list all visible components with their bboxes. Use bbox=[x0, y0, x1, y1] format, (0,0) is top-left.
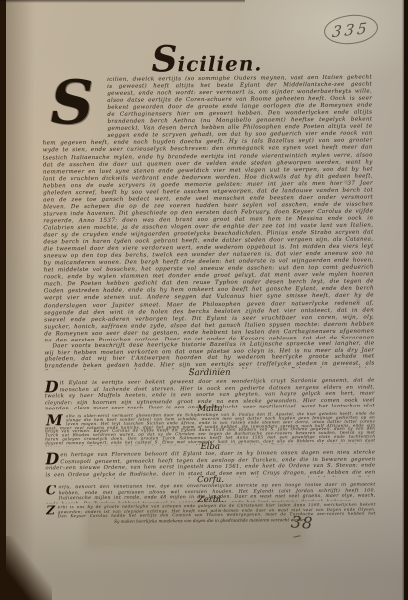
signature-number: 38 bbox=[290, 512, 314, 533]
book-page-photo: Sicilien. Sicilien, dwelck eertijts (so … bbox=[0, 0, 408, 600]
sicilien-paragraph: Sicilien, dwelck eertijts (so sommighe O… bbox=[42, 75, 374, 342]
dropcap-m-malta: M bbox=[45, 414, 64, 425]
title-rest: icilien. bbox=[177, 51, 262, 76]
dropcap-d-elba: D bbox=[45, 452, 58, 465]
folio-annotation-number: 335 bbox=[331, 18, 370, 40]
sicilien-closing-paragraph: Daer voorts beschrijft dese heerlycke hi… bbox=[44, 341, 374, 371]
printed-text-block: Sicilien. Sicilien, dwelck eertijts (so … bbox=[0, 0, 408, 600]
page-title: Sicilien. bbox=[42, 43, 372, 80]
zerbi-closing-line: Sy maken heerlijcke mandekens van dayen … bbox=[46, 517, 376, 527]
dropcap-z-zerbi: Z bbox=[46, 505, 56, 515]
dropcap-d-sardinien: D bbox=[45, 380, 58, 393]
title-initial-letter: S bbox=[151, 43, 177, 80]
dropcap-s: S bbox=[42, 77, 102, 135]
